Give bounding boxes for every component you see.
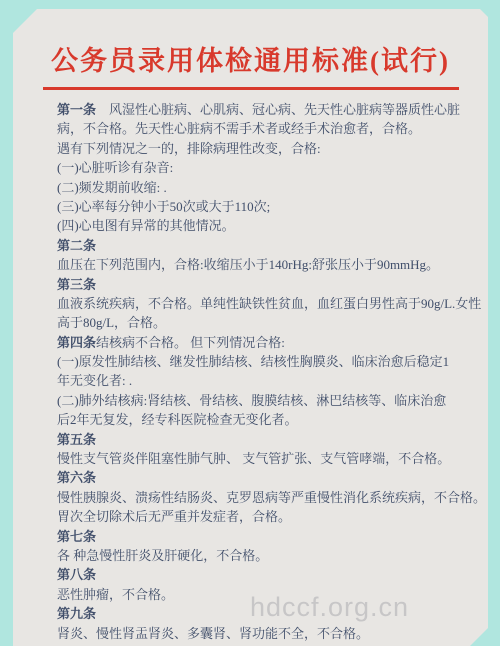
- article-label: 第五条: [57, 432, 96, 447]
- article-text: 胃次全切除术后无严重并发症者，合格。: [57, 509, 291, 524]
- article-text: 结核病不合格。 但下列情况合格:: [96, 335, 285, 350]
- article-text: 各 种急慢性肝炎及肝硬化，不合格。: [57, 548, 268, 563]
- document-body: 第一条 风湿性心脏病、心肌病、冠心病、先天性心脏病等器质性心脏病，不合格。先天性…: [57, 100, 468, 643]
- document-line: 血液系统疾病，不合格。单纯性缺铁性贫血，血红蛋白男性高于90g/L.女性: [57, 294, 468, 313]
- document-line: 肾炎、慢性肾盂肾炎、多囊肾、肾功能不全，不合格。: [57, 624, 468, 643]
- article-text: 风湿性心脏病、心肌病、冠心病、先天性心脏病等器质性心脏: [96, 102, 460, 117]
- article-label: 第九条: [57, 606, 96, 621]
- article-text: 慢性胰腺炎、溃疡性结肠炎、克罗恩病等严重慢性消化系统疾病，不合格。: [57, 490, 486, 505]
- watermark-text: hdccf.org.cn: [250, 592, 409, 623]
- document-line: 后2年无复发，经专科医院检查无变化者。: [57, 410, 468, 429]
- article-text: 遇有下列情况之一的，排除病理性改变，合格:: [57, 141, 321, 156]
- article-text: 慢性支气管炎伴阻塞性肺气肿、 支气管扩张、支气管哮端，不合格。: [57, 451, 450, 466]
- article-label: 第二条: [57, 238, 96, 253]
- page-background: 公务员录用体检通用标准(试行) 第一条 风湿性心脏病、心肌病、冠心病、先天性心脏…: [0, 0, 500, 646]
- article-label: 第七条: [57, 529, 96, 544]
- document-line: 第一条 风湿性心脏病、心肌病、冠心病、先天性心脏病等器质性心脏: [57, 100, 468, 119]
- document-line: 第五条: [57, 430, 468, 449]
- document-line: (三)心率每分钟小于50次或大于110次;: [57, 197, 468, 216]
- document-title: 公务员录用体检通用标准(试行): [23, 39, 478, 78]
- document-line: 遇有下列情况之一的，排除病理性改变，合格:: [57, 139, 468, 158]
- document-line: (四)心电图有异常的其他情况。: [57, 216, 468, 235]
- article-text: 高于80g/L，合格。: [57, 315, 166, 330]
- document-line: 第四条结核病不合格。 但下列情况合格:: [57, 333, 468, 352]
- article-text: 后2年无复发，经专科医院检查无变化者。: [57, 412, 298, 427]
- document-line: (二)肺外结核病:肾结核、骨结核、腹膜结核、淋巴结核等、临床治愈: [57, 391, 468, 410]
- document-line: (二)频发期前收缩: .: [57, 178, 468, 197]
- document-card: 公务员录用体检通用标准(试行) 第一条 风湿性心脏病、心肌病、冠心病、先天性心脏…: [13, 9, 488, 646]
- article-label: 第六条: [57, 470, 96, 485]
- document-line: 高于80g/L，合格。: [57, 313, 468, 332]
- article-text: (一)心脏听诊有杂音:: [57, 160, 173, 175]
- document-line: 慢性支气管炎伴阻塞性肺气肿、 支气管扩张、支气管哮端，不合格。: [57, 449, 468, 468]
- article-text: (四)心电图有异常的其他情况。: [57, 218, 235, 233]
- article-text: 血压在下列范围内，合格:收缩压小于140rHg:舒张压小于90mmHg。: [57, 257, 439, 272]
- document-line: (一)原发性肺结核、继发性肺结核、结核性胸膜炎、临床治愈后稳定1: [57, 352, 468, 371]
- article-text: 年无变化者: .: [57, 373, 132, 388]
- document-line: 病，不合格。先天性心脏病不需手术者或经手术治愈者，合格。: [57, 119, 468, 138]
- document-line: 第八条: [57, 565, 468, 584]
- article-label: 第八条: [57, 567, 96, 582]
- document-line: 年无变化者: .: [57, 371, 468, 390]
- article-label: 第一条: [57, 102, 96, 117]
- article-text: (三)心率每分钟小于50次或大于110次;: [57, 199, 270, 214]
- article-text: 恶性肿瘤，不合格。: [57, 587, 174, 602]
- document-line: 第二条: [57, 236, 468, 255]
- article-text: (二)肺外结核病:肾结核、骨结核、腹膜结核、淋巴结核等、临床治愈: [57, 393, 446, 408]
- document-line: 慢性胰腺炎、溃疡性结肠炎、克罗恩病等严重慢性消化系统疾病，不合格。: [57, 488, 468, 507]
- article-text: 血液系统疾病，不合格。单纯性缺铁性贫血，血红蛋白男性高于90g/L.女性: [57, 296, 481, 311]
- document-line: 第六条: [57, 468, 468, 487]
- document-line: 胃次全切除术后无严重并发症者，合格。: [57, 507, 468, 526]
- document-line: (一)心脏听诊有杂音:: [57, 158, 468, 177]
- article-label: 第三条: [57, 277, 96, 292]
- document-line: 第三条: [57, 275, 468, 294]
- article-text: (二)频发期前收缩: .: [57, 180, 167, 195]
- article-text: 肾炎、慢性肾盂肾炎、多囊肾、肾功能不全，不合格。: [57, 626, 369, 641]
- document-line: 第七条: [57, 527, 468, 546]
- title-underline: [43, 87, 459, 90]
- article-text: 病，不合格。先天性心脏病不需手术者或经手术治愈者，合格。: [57, 121, 421, 136]
- document-line: 血压在下列范围内，合格:收缩压小于140rHg:舒张压小于90mmHg。: [57, 255, 468, 274]
- article-label: 第四条: [57, 335, 96, 350]
- document-line: 各 种急慢性肝炎及肝硬化，不合格。: [57, 546, 468, 565]
- article-text: (一)原发性肺结核、继发性肺结核、结核性胸膜炎、临床治愈后稳定1: [57, 354, 449, 369]
